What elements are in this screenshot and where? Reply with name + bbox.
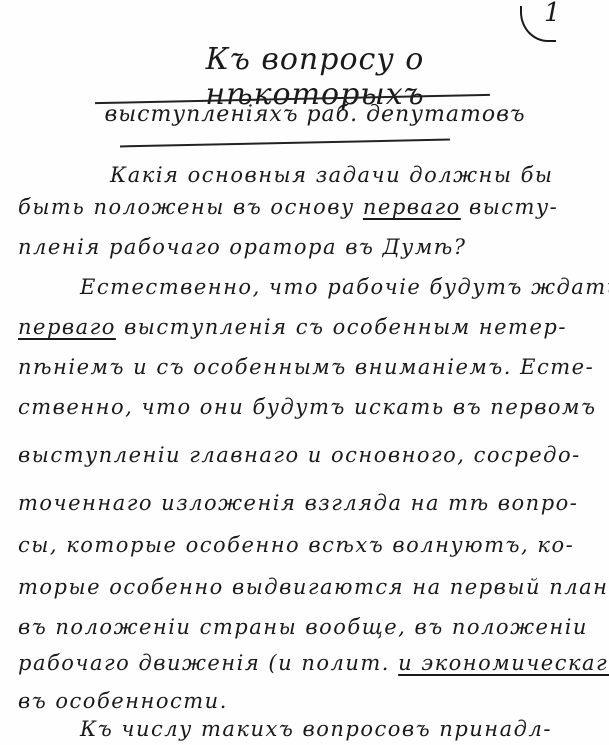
line-text: пленія рабочаго оратора въ Думѣ? — [18, 235, 467, 259]
underlined-word: перваго — [363, 195, 461, 219]
manuscript-line: Какія основныя задачи должны бы — [110, 160, 609, 190]
manuscript-line: Естественно, что рабочіе будутъ ждать — [80, 272, 609, 302]
page-number-text: 1 — [544, 0, 561, 28]
line-text: Естественно, что рабочіе будутъ ждать — [80, 275, 609, 299]
line-text: Къ числу такихъ вопросовъ принадл- — [80, 717, 552, 741]
manuscript-line: торые особенно выдвигаются на первый пла… — [18, 572, 603, 602]
manuscript-line: рабочаго движенія (и полит. и экономичес… — [18, 648, 603, 678]
title-line-2: выступленіяхъ раб. депутатовъ — [100, 102, 530, 127]
line-text: точеннаго изложенія взгляда на тѣ вопро- — [18, 491, 578, 515]
line-text: сы, которые особенно всѣхъ волнуютъ, ко- — [18, 533, 574, 557]
manuscript-line: въ положеніи страны вообще, въ положеніи — [18, 612, 603, 642]
manuscript-line: пѣніемъ и съ особеннымъ вниманіемъ. Есте… — [18, 352, 603, 382]
underlined-word: и экономическаго — [398, 651, 609, 675]
underlined-word: перваго — [18, 315, 116, 339]
line-text: Какія основныя задачи должны бы — [110, 163, 554, 187]
manuscript-line: перваго выступленія съ особенным нетер- — [18, 312, 603, 342]
line-text: пѣніемъ и съ особеннымъ вниманіемъ. Есте… — [18, 355, 594, 379]
title-underline-2 — [120, 139, 450, 148]
manuscript-page: 1 Къ вопросу о нѣкоторыхъ выступленіяхъ … — [0, 0, 609, 745]
manuscript-line: быть положены въ основу перваго высту- — [18, 192, 603, 222]
manuscript-line: выступленіи главнаго и основного, сосред… — [18, 440, 603, 470]
line-text: высту- — [461, 195, 558, 219]
manuscript-line: ственно, что они будутъ искать въ первом… — [18, 392, 603, 422]
line-text: торые особенно выдвигаются на первый пла… — [18, 575, 609, 599]
manuscript-line: Къ числу такихъ вопросовъ принадл- — [80, 714, 609, 744]
line-text: выступленія съ особенным нетер- — [116, 315, 567, 339]
line-text: въ положеніи страны вообще, въ положеніи — [18, 615, 588, 639]
manuscript-line: сы, которые особенно всѣхъ волнуютъ, ко- — [18, 530, 603, 560]
line-text: рабочаго движенія (и полит. — [18, 651, 398, 675]
line-text: ственно, что они будутъ искать въ первом… — [18, 395, 596, 419]
manuscript-line: пленія рабочаго оратора въ Думѣ? — [18, 232, 603, 262]
line-text: быть положены въ основу — [18, 195, 363, 219]
page-number: 1 — [520, 2, 580, 44]
manuscript-line: въ особенности. — [18, 686, 603, 716]
line-text: выступленіи главнаго и основного, сосред… — [18, 443, 581, 467]
line-text: въ особенности. — [18, 689, 228, 713]
manuscript-line: точеннаго изложенія взгляда на тѣ вопро- — [18, 488, 603, 518]
